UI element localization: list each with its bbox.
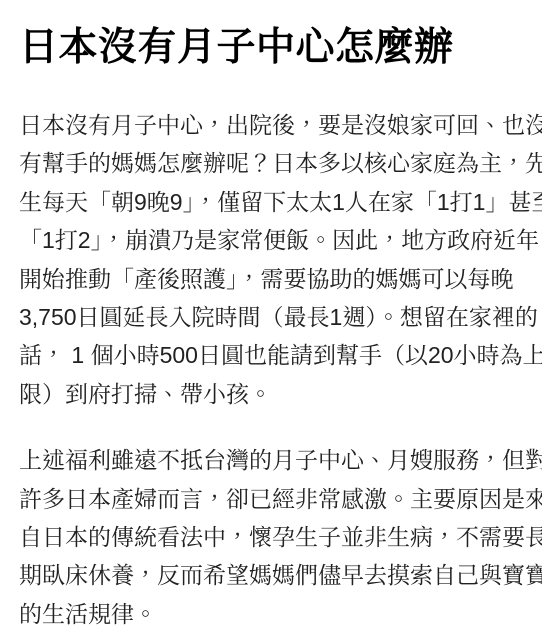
text-line: 「1打2」，崩潰乃是家常便飯。因此，地方政府近年 [19, 221, 542, 259]
text-line: 日本沒有月子中心，出院後，要是沒娘家可回、也沒 [19, 106, 542, 144]
text-line: 自日本的傳統看法中，懷孕生子並非生病，不需要長 [19, 518, 542, 556]
text-line: 限）到府打掃、帶小孩。 [19, 375, 542, 413]
text-line: 期臥床休養，反而希望媽媽們儘早去摸索自己與寶寶 [19, 556, 542, 594]
text-line: 生每天「朝9晚9」，僅留下太太1人在家「1打1」甚至 [19, 183, 542, 221]
text-line: 開始推動「產後照護」，需要協助的媽媽可以每晚 [19, 260, 542, 298]
text-line: 許多日本產婦而言，卻已經非常感激。主要原因是來 [19, 480, 542, 518]
article-title: 日本沒有月子中心怎麼辦 [19, 24, 542, 72]
text-line: 3,750日圓延長入院時間（最長1週）。想留在家裡的 [19, 298, 542, 336]
text-line: 上述福利雖遠不抵台灣的月子中心、月嫂服務，但對 [19, 441, 542, 479]
article: 日本沒有月子中心怎麼辦 日本沒有月子中心，出院後，要是沒娘家可回、也沒 有幫手的… [0, 0, 542, 633]
text-line: 有幫手的媽媽怎麼辦呢？日本多以核心家庭為主，先 [19, 144, 542, 182]
paragraph-2: 上述福利雖遠不抵台灣的月子中心、月嫂服務，但對 許多日本產婦而言，卻已經非常感激… [19, 441, 542, 633]
text-line: 話， 1 個小時500日圓也能請到幫手（以20小時為上 [19, 336, 542, 374]
paragraph-1: 日本沒有月子中心，出院後，要是沒娘家可回、也沒 有幫手的媽媽怎麼辦呢？日本多以核… [19, 106, 542, 413]
text-line: 的生活規律。 [19, 595, 542, 633]
